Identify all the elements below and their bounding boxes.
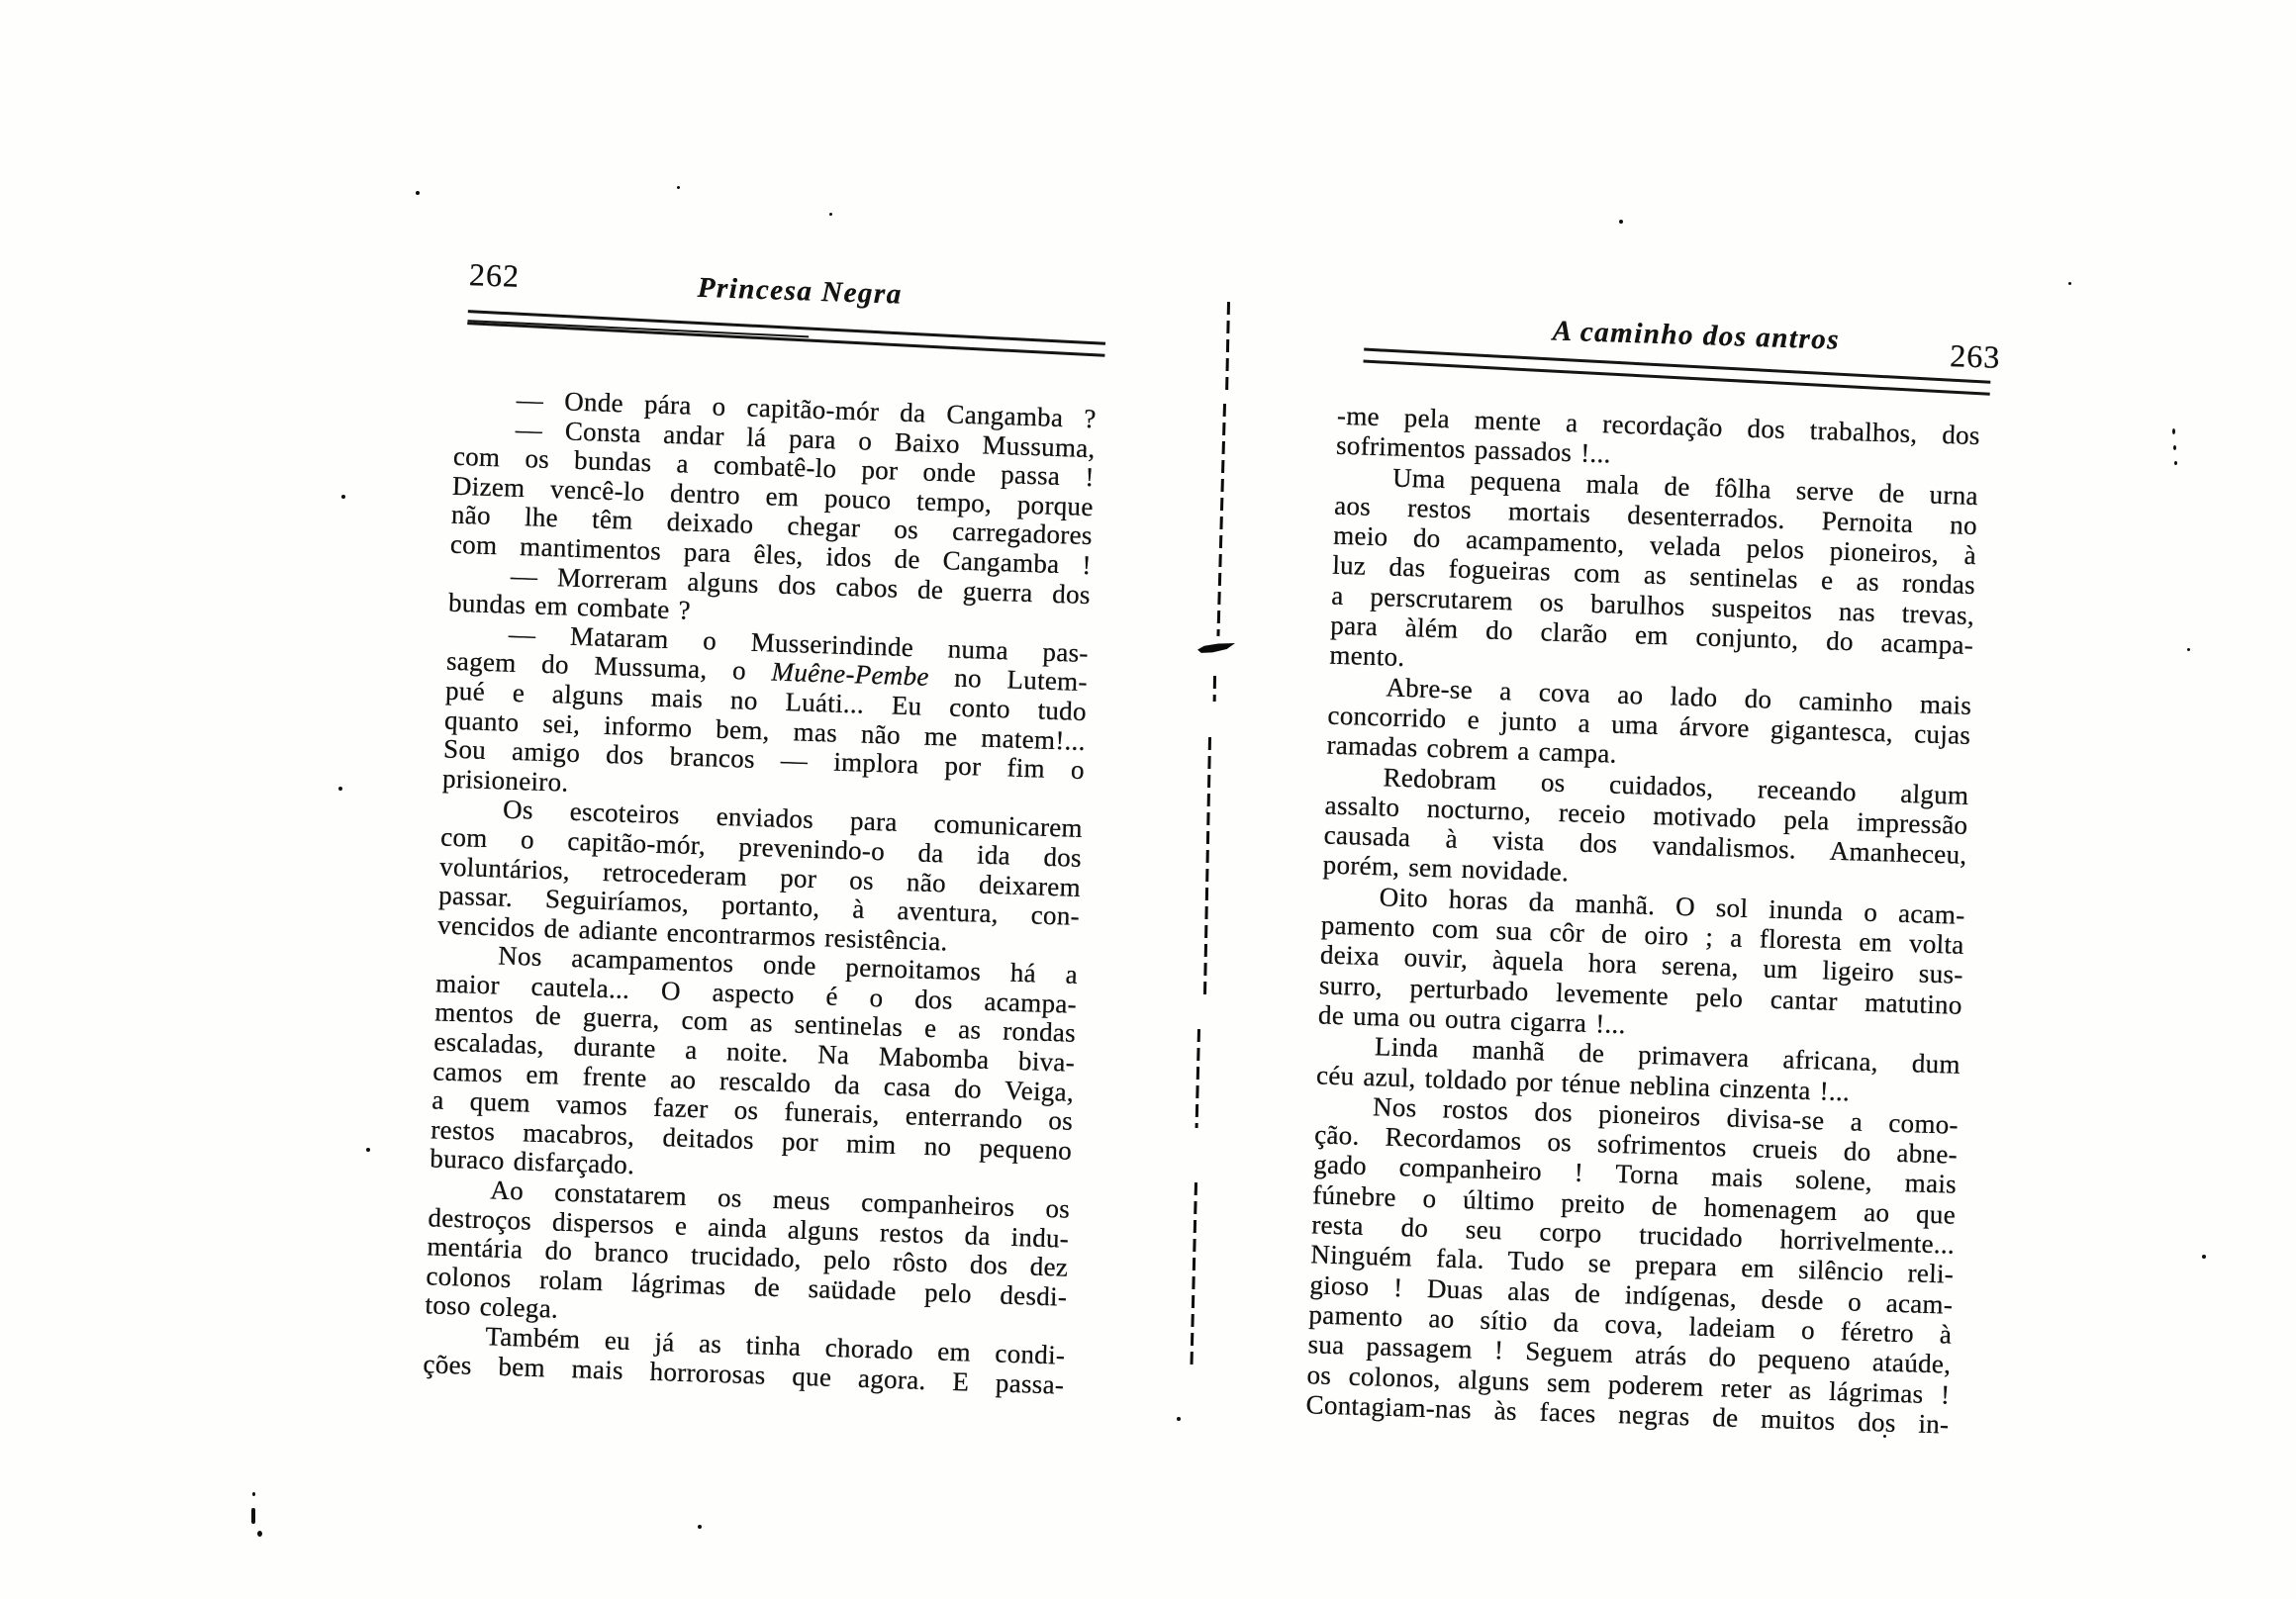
scan-speck: [1619, 220, 1623, 224]
text-column-right: -me pela mente a recordação dos trabalho…: [1305, 401, 1980, 1440]
left-page: 262 Princesa Negra — Onde pára o capitão…: [395, 247, 1128, 1507]
gutter-fold-line: [1216, 404, 1226, 636]
scan-speck: [2187, 648, 2190, 651]
page-number-left: 262: [468, 256, 520, 295]
scan-speck: [257, 1531, 262, 1537]
scan-speck: [2068, 282, 2071, 285]
gutter-fold-line: [1190, 1182, 1197, 1370]
scan-speck: [1177, 1417, 1181, 1421]
header-rule-right: [1363, 348, 1990, 396]
running-title-left: Princesa Negra: [697, 272, 903, 312]
scan-speck: [416, 191, 420, 195]
scan-speck: [2173, 445, 2176, 450]
gutter-fold-line: [1225, 302, 1230, 396]
scan-speck: [2202, 1255, 2206, 1259]
gutter-fold-line: [1213, 676, 1216, 702]
scan-speck: [698, 1525, 702, 1529]
gutter-arrow-mark: [1197, 643, 1235, 654]
scan-speck: [341, 495, 345, 499]
page-number-right: 263: [1950, 337, 2001, 376]
gutter-fold-line: [1196, 1029, 1200, 1128]
right-page: A caminho dos antros 263 -me pela mente …: [1278, 292, 2009, 1550]
scan-speck: [677, 186, 680, 189]
header-rule-left: [467, 310, 1105, 357]
scan-speck: [366, 1148, 370, 1152]
text-column-left: — Onde pára o capitão-mór da Cangamba ?—…: [423, 384, 1097, 1400]
scanned-book-spread: 262 Princesa Negra — Onde pára o capitão…: [0, 0, 2296, 1599]
scan-speck: [829, 213, 832, 216]
scan-speck: [338, 787, 342, 791]
running-title-right: A caminho dos antros: [1552, 316, 1840, 357]
scan-speck: [2174, 461, 2177, 465]
scan-speck: [2172, 428, 2175, 434]
scan-speck: [1883, 1435, 1886, 1438]
scan-speck: [251, 1508, 255, 1524]
scan-speck: [252, 1492, 255, 1496]
gutter-fold-line: [1203, 737, 1211, 994]
